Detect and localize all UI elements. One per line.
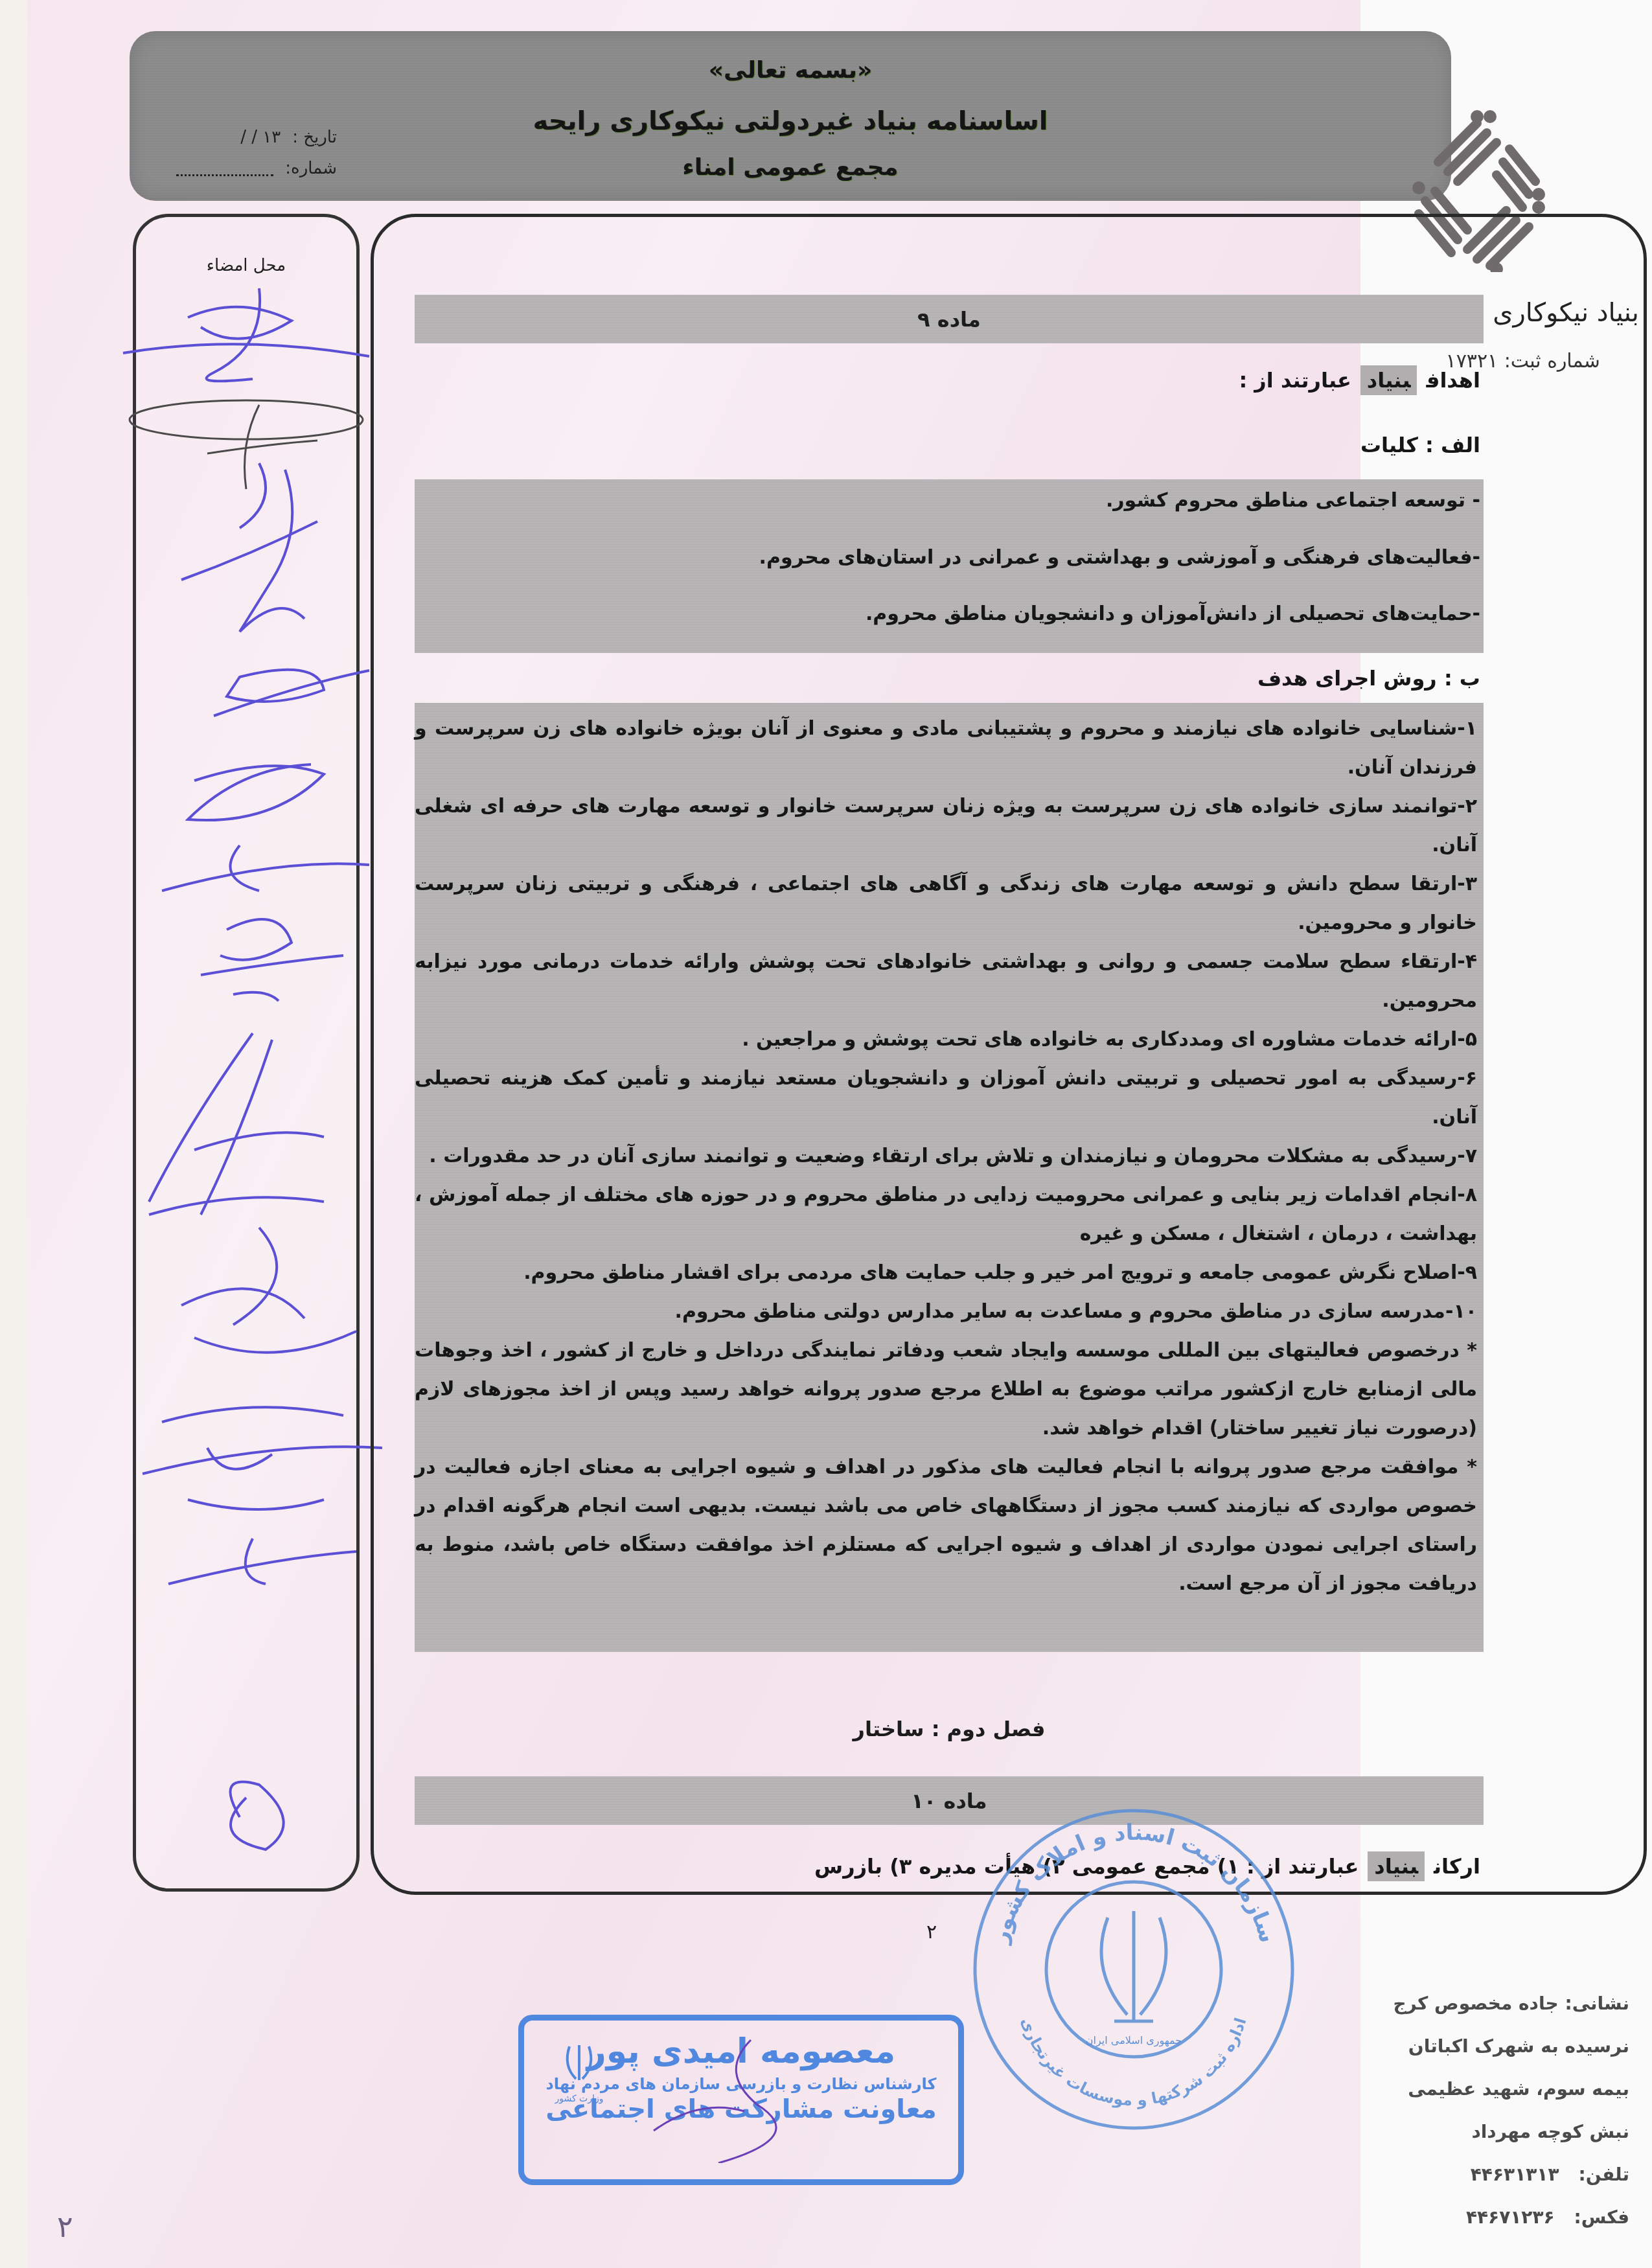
- date-value: ۱۳ / /: [240, 128, 281, 147]
- address-line: نرسیده به شهرک اکباتان: [1344, 2025, 1629, 2068]
- list-item: ۶-رسیدگی به امور تحصیلی و تربیتی دانش آم…: [415, 1059, 1477, 1137]
- fax-row: فکس: ۴۴۶۷۱۲۳۶: [1344, 2196, 1629, 2239]
- fax-value: ۴۴۶۷۱۲۳۶: [1466, 2196, 1555, 2239]
- section-a-title: الف : کلیات: [1360, 433, 1480, 457]
- signature-panel: محل امضاء: [133, 214, 360, 1892]
- header-band: «بسمه تعالی» اساسنامه بنیاد غیردولتی نیک…: [130, 31, 1451, 201]
- list-item: ۸-انجام اقدامات زیر بنایی و عمرانی محروم…: [415, 1176, 1477, 1254]
- handwritten-page-number: ۲: [57, 2209, 73, 2244]
- chapter-2-title: فصل دوم : ساختار: [415, 1717, 1484, 1741]
- section-b-title: ب : روش اجرای هدف: [1257, 666, 1480, 691]
- phone-label: تلفن:: [1579, 2153, 1630, 2196]
- number-field: [176, 161, 273, 176]
- date-number-block: تاریخ : ۱۳ / / شماره:: [155, 122, 337, 184]
- page-number: ۲: [926, 1921, 937, 1943]
- list-item: ۱۰-مدرسه سازی در مناطق محروم و مساعدت به…: [415, 1292, 1477, 1331]
- address-block: نشانی: جاده مخصوص کرج نرسیده به شهرک اکب…: [1344, 1982, 1629, 2239]
- svg-text:وزارت کشور: وزارت کشور: [555, 2094, 604, 2104]
- emblem-icon: وزارت کشور: [550, 2040, 608, 2111]
- list-item: ۵-ارائه خدمات مشاوره ای ومددکاری به خانو…: [415, 1020, 1477, 1059]
- note: * موافقت مرجع صدور پروانه با انجام فعالی…: [415, 1448, 1477, 1603]
- address-line: نبش کوچه مهرداد: [1344, 2111, 1629, 2153]
- list-item: ۲-توانمند سازی خانواده های زن سرپرست به …: [415, 787, 1477, 865]
- address-line: بیمه سوم، شهید عظیمی: [1344, 2068, 1629, 2111]
- article-9-heading: ماده ۹: [415, 295, 1484, 343]
- highlighted-word: بنیاد: [1360, 365, 1417, 395]
- list-item: ۷-رسیدگی به مشکلات محرومان و نیازمندان و…: [415, 1137, 1477, 1176]
- list-item: ۹-اصلاح نگرش عمومی جامعه و ترویج امر خیر…: [415, 1254, 1477, 1292]
- list-item: ۳-ارتقا سطح دانش و توسعه مهارت های زندگی…: [415, 865, 1477, 943]
- list-item: ۱-شناسایی خانواده های نیازمند و محروم و …: [415, 709, 1477, 787]
- article-10-heading: ماده ۱۰: [415, 1776, 1484, 1825]
- svg-text:جمهوری اسلامی ایران: جمهوری اسلامی ایران: [1086, 2034, 1182, 2047]
- svg-text:اداره ثبت شرکتها و موسسات غیرت: اداره ثبت شرکتها و موسسات غیرتجاری: [1017, 2015, 1250, 2109]
- signatures: [110, 217, 382, 1888]
- highlighted-word: بنیاد: [1368, 1851, 1425, 1881]
- article-10-text: ارکانبنیادعبارتند از : ۱) مجمع عمومی ۲) …: [814, 1854, 1480, 1879]
- date-label: تاریخ :: [292, 128, 337, 147]
- invocation: «بسمه تعالی»: [130, 57, 1451, 84]
- inspector-stamp: وزارت کشور معصومه امیدی پور کارشناس نظار…: [518, 2015, 964, 2185]
- section-a-item: -فعالیت‌های فرهنگی و آموزشی و بهداشتی و …: [759, 546, 1480, 569]
- fax-label: فکس:: [1574, 2196, 1629, 2239]
- address-line: نشانی: جاده مخصوص کرج: [1344, 1982, 1629, 2025]
- stamp-signature: [641, 2033, 848, 2163]
- phone-row: تلفن: ۴۴۶۳۱۳۱۳: [1344, 2153, 1629, 2196]
- section-a-item: - توسعه اجتماعی مناطق محروم کشور.: [1106, 489, 1480, 512]
- article-9-intro: اهدافبنیادعبارتند از :: [1239, 368, 1480, 393]
- section-b-list: ۱-شناسایی خانواده های نیازمند و محروم و …: [415, 709, 1477, 1603]
- phone-value: ۴۴۶۳۱۳۱۳: [1471, 2153, 1559, 2196]
- note: * درخصوص فعالیتهای بین المللی موسسه وایج…: [415, 1331, 1477, 1448]
- number-label: شماره:: [285, 159, 337, 178]
- list-item: ۴-ارتقاء سطح سلامت جسمی و روانی و بهداشت…: [415, 943, 1477, 1020]
- page-edge: [0, 0, 27, 2268]
- section-a-item: -حمایت‌های تحصیلی از دانش‌آموزان و دانشج…: [866, 602, 1480, 625]
